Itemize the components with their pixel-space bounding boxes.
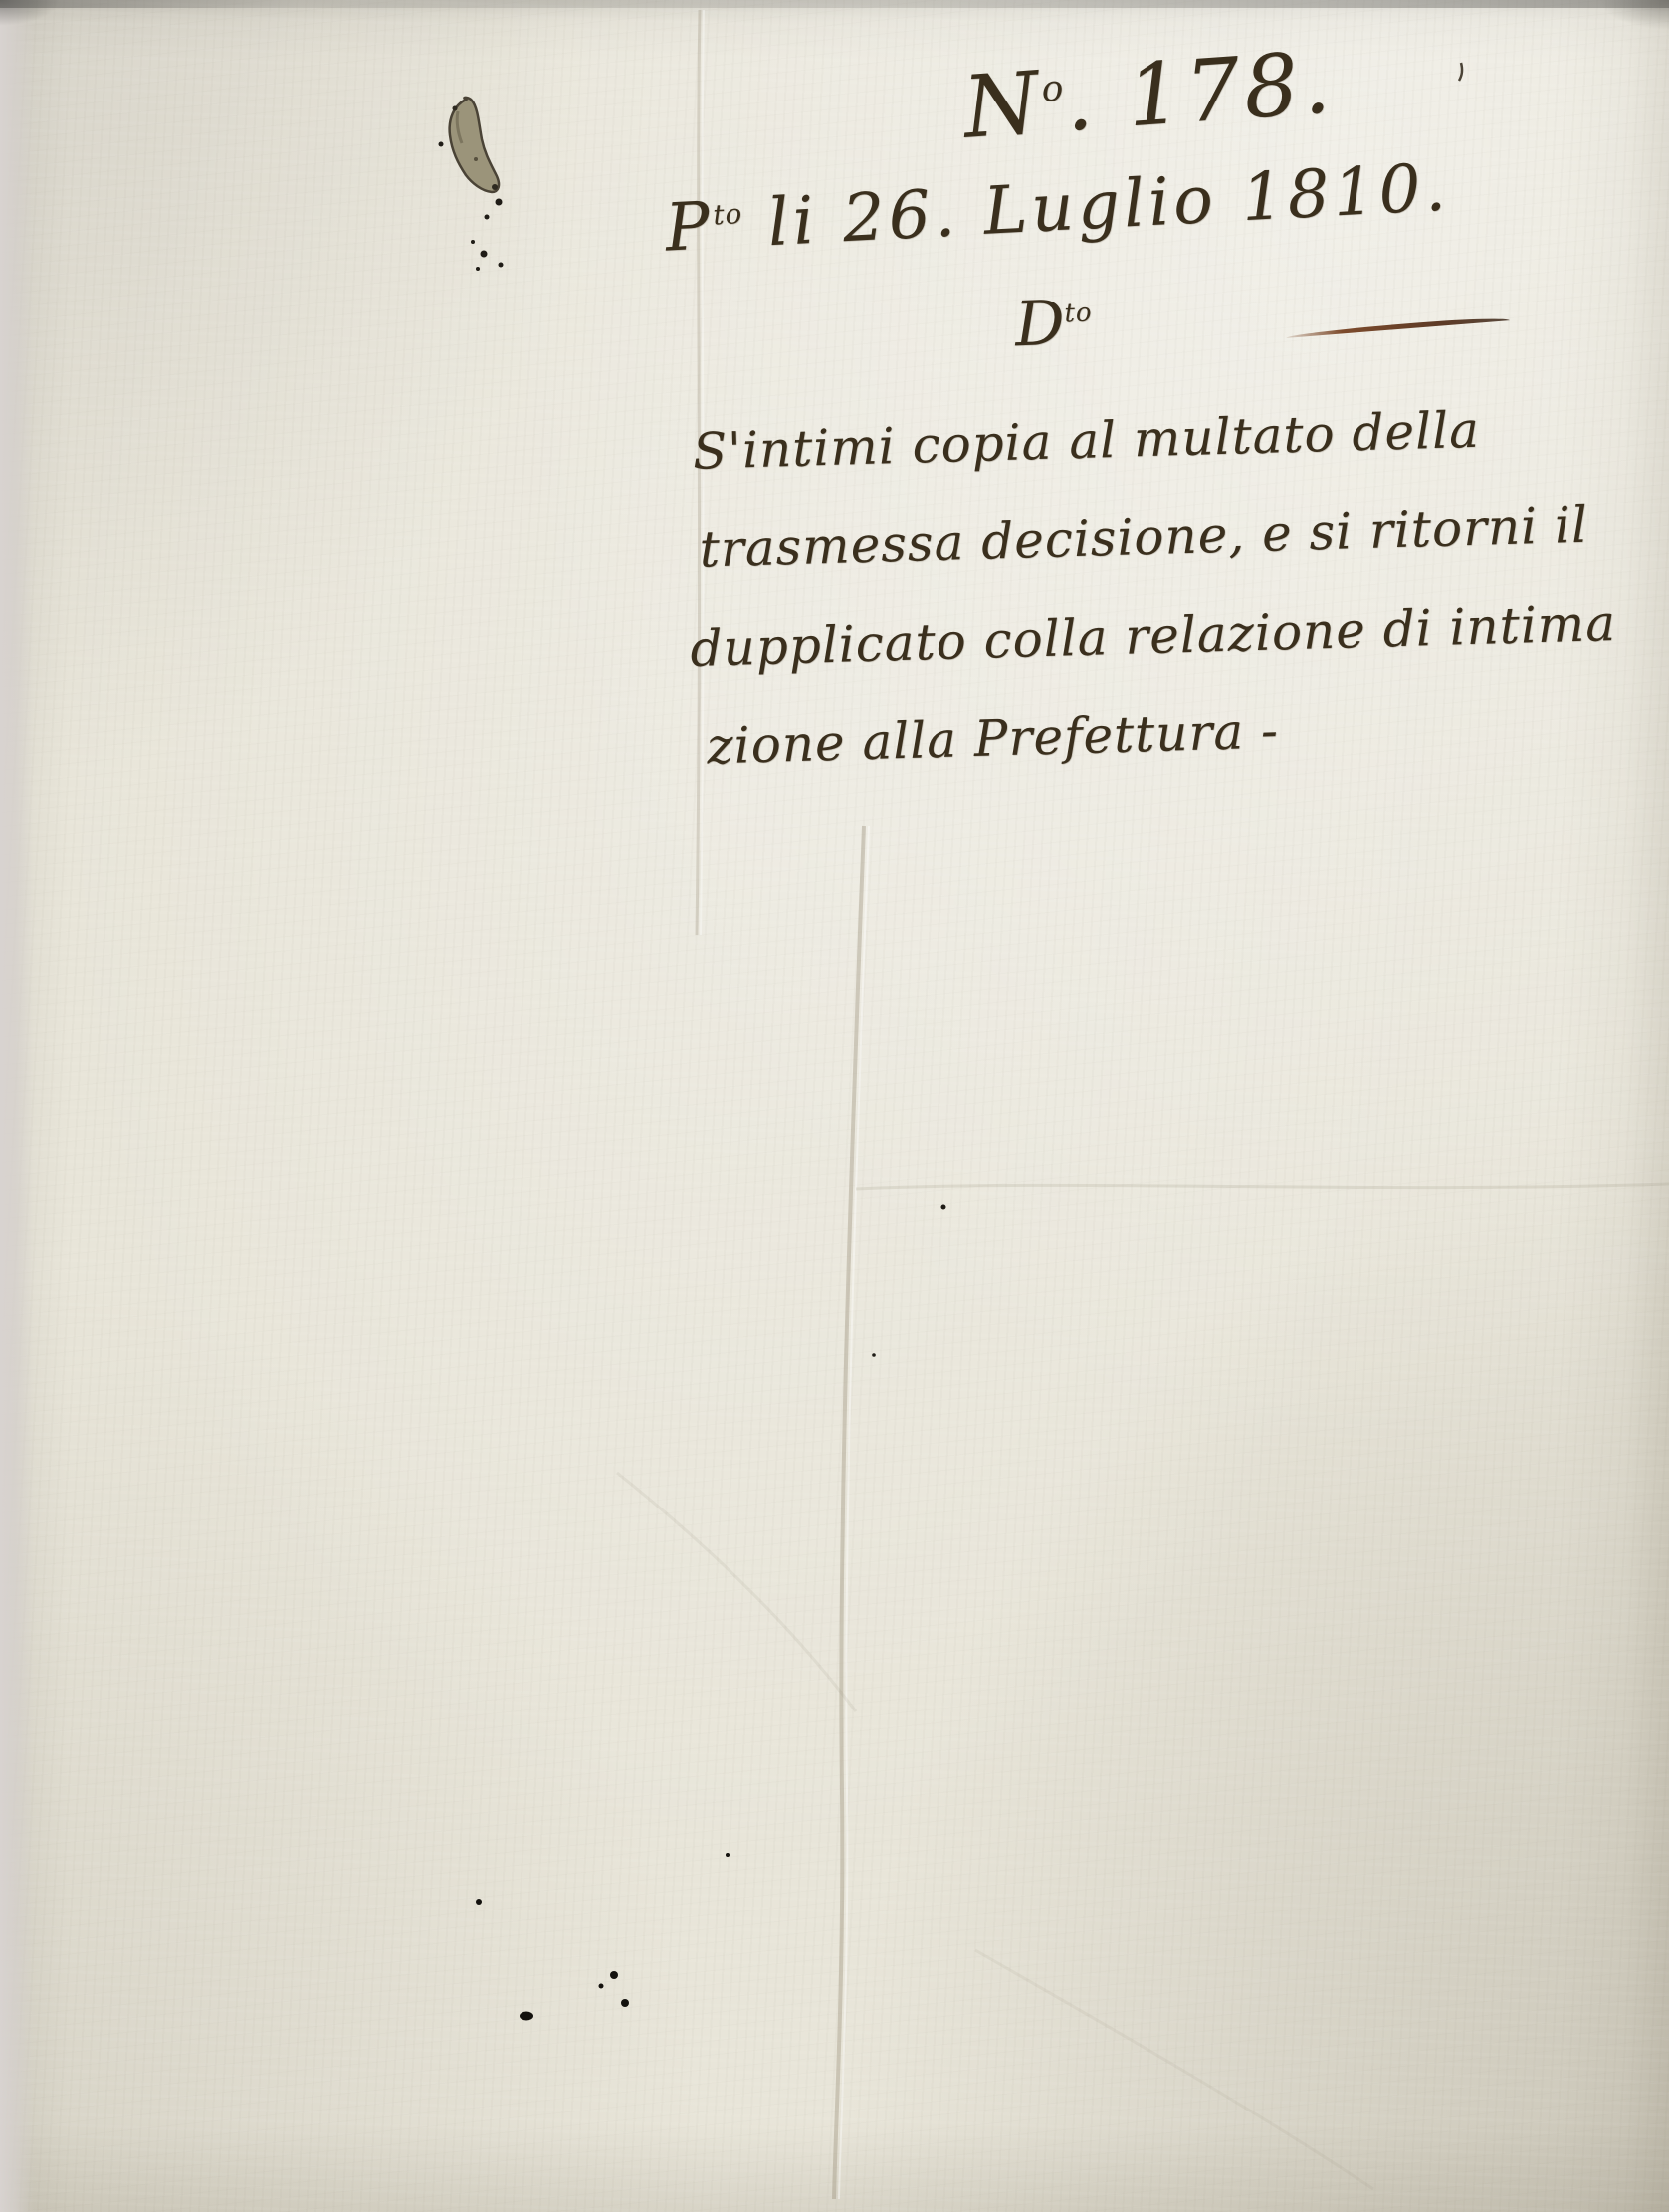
page-number-superscript: o	[1040, 66, 1066, 109]
wrinkle-line-1	[617, 1473, 856, 1711]
manuscript-page: No. 178. Pto li 26. Luglio 1810. Dto S'i…	[0, 0, 1669, 2212]
fold-crease-main	[834, 826, 864, 2199]
stray-ink-mark	[1459, 63, 1462, 81]
docket-letter: D	[1014, 287, 1066, 361]
fold-crease-horizontal	[856, 1184, 1669, 1189]
date-superscript: to	[712, 197, 743, 232]
ink-specks-middle	[872, 1205, 945, 1357]
ink-specks-bottom	[476, 1853, 730, 2021]
docket-abbreviation: Dto	[1014, 286, 1094, 361]
ink-stain	[450, 98, 499, 192]
date-prefix: P	[664, 187, 716, 266]
wrinkle-line-2	[975, 1950, 1373, 2189]
page-number-value: . 178.	[1062, 33, 1337, 151]
page-number-prefix: N	[960, 54, 1046, 158]
paper-blemishes-layer	[0, 0, 1669, 2212]
docket-superscript: to	[1064, 299, 1093, 329]
body-text: S'intimi copia al multato della trasmess…	[682, 377, 1620, 797]
